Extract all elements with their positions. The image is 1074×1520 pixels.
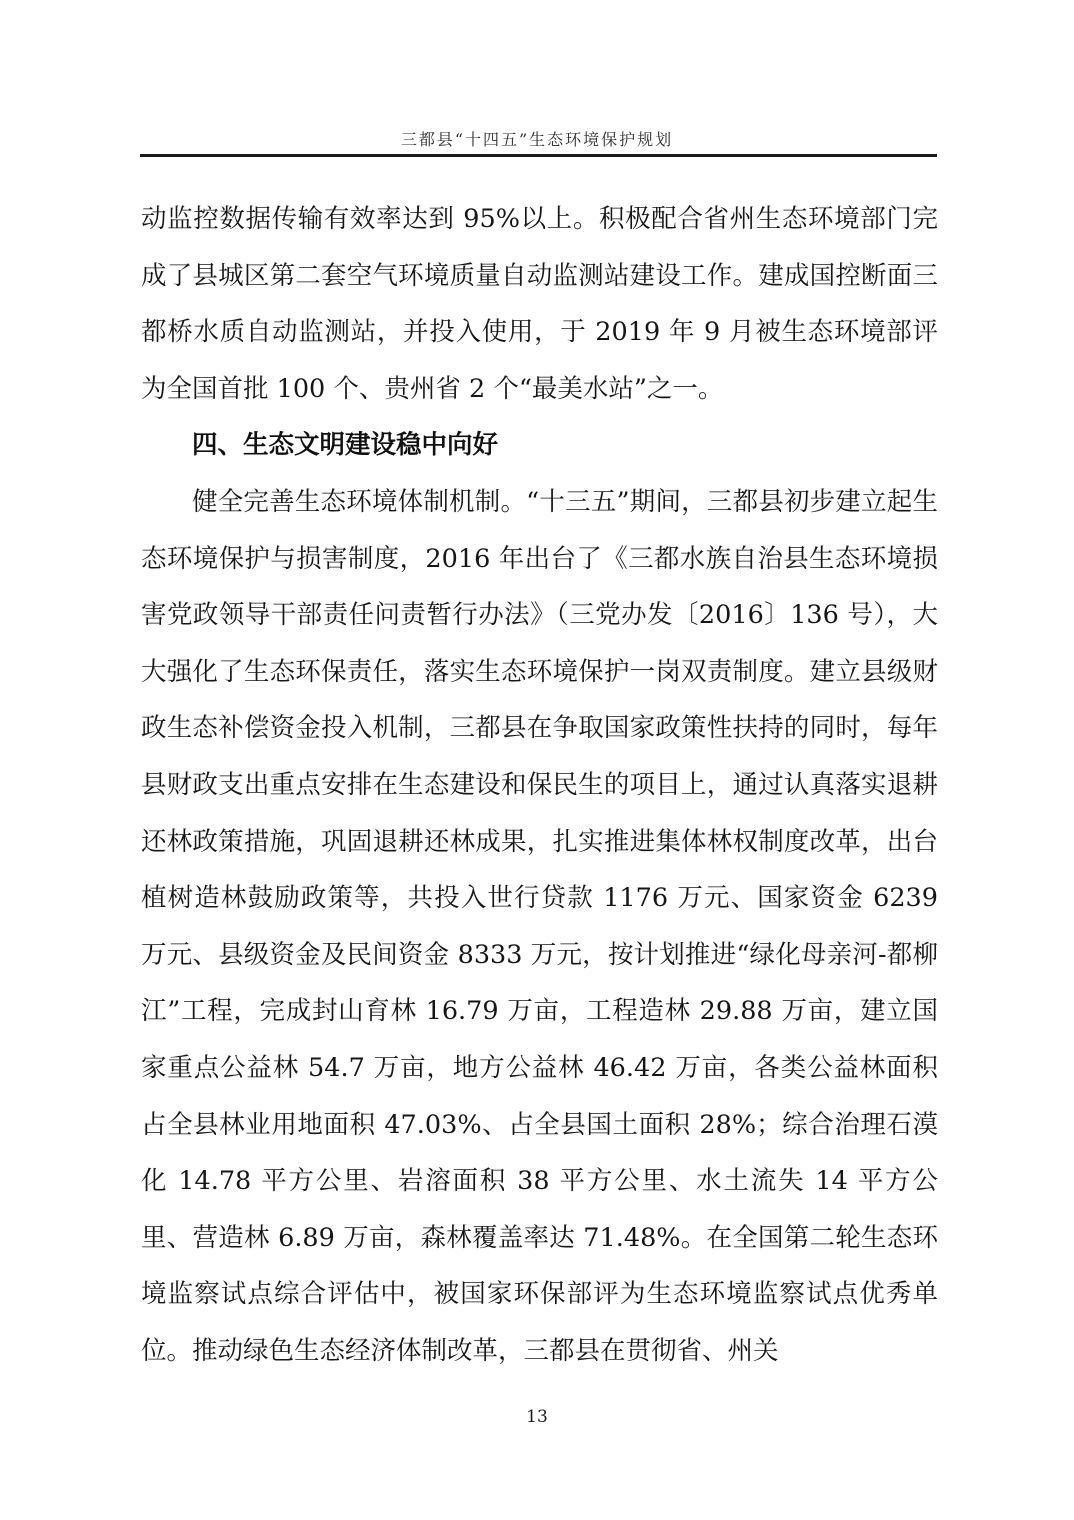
paragraph-continuation: 动监控数据传输有效率达到 95%以上。积极配合省州生态环境部门完成了县城区第二套… — [141, 191, 938, 417]
page-number: 13 — [0, 1407, 1074, 1427]
running-header-title: 三都县“十四五”生态环境保护规划 — [0, 127, 1074, 150]
paragraph-main: 健全完善生态环境体制机制。“十三五”期间，三都县初步建立起生态环境保护与损害制度… — [141, 474, 938, 1380]
header-rule — [140, 154, 937, 157]
document-body: 动监控数据传输有效率达到 95%以上。积极配合省州生态环境部门完成了县城区第二套… — [141, 191, 938, 1379]
section-heading: 四、生态文明建设稳中向好 — [141, 417, 938, 474]
document-page: 三都县“十四五”生态环境保护规划 动监控数据传输有效率达到 95%以上。积极配合… — [0, 0, 1074, 1520]
